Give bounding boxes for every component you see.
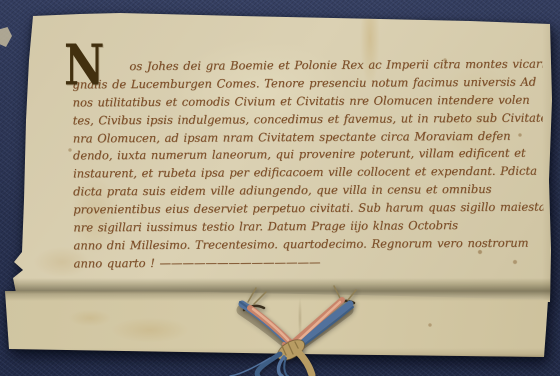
cord-thread-tip [334, 286, 340, 298]
manuscript-text-block: os Johes dei gra Boemie et Polonie Rex a… [72, 56, 543, 275]
cloth-background: N os Johes dei gra Boemie et Polonie Rex… [0, 0, 560, 376]
cord-thread-tip [254, 292, 266, 304]
initial-letter: N [64, 38, 104, 94]
cord-thread-tip [348, 290, 356, 300]
manuscript-line: provenientibus eius deserviet perpetuo c… [73, 199, 543, 220]
cord-thin-thread [284, 358, 288, 376]
cord-tan-tail [298, 352, 312, 375]
manuscript-line: anno dni Millesimo. Trecentesimo. quarto… [73, 234, 543, 255]
cord-right-blue [296, 304, 350, 346]
manuscript-line: anno quarto ! —————————————— [74, 252, 544, 273]
manuscript-line: tes, Civibus ipsis indulgemus, concedimu… [73, 109, 543, 130]
seal-cords [190, 280, 390, 376]
cord-blue-loop [257, 354, 280, 376]
cord-blue-loop [279, 357, 285, 376]
cord-thread-tip [248, 288, 256, 302]
